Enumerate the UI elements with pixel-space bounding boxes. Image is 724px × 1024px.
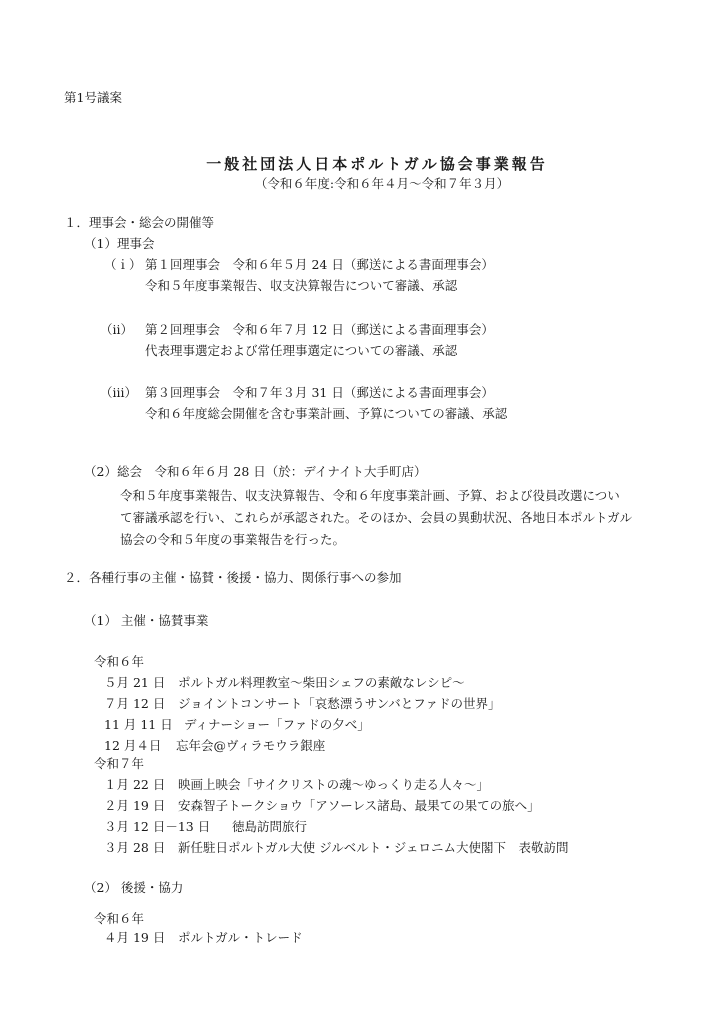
event-name: ディナーショー「ファドの夕べ」	[184, 715, 370, 733]
event-date: 11 月 11 日	[104, 715, 173, 733]
document-subtitle: （令和６年度:令和６年４月～令和７年３月）	[0, 174, 724, 192]
meeting-3-number: （iii）	[100, 383, 137, 401]
agenda-number: 第1号議案	[64, 88, 122, 106]
section1-heading: １．理事会・総会の開催等	[64, 213, 214, 231]
meeting-2-title: 第２回理事会 令和６年７月 12 日（郵送による書面理事会）	[145, 320, 494, 338]
event-date: ３月 12 日－13 日	[104, 817, 210, 835]
support-year-1: 令和６年	[94, 909, 144, 927]
event-name: 映画上映会「サイクリストの魂～ゆっくり走る人々～」	[178, 775, 489, 793]
event-name: ポルトガル・トレード	[178, 928, 303, 946]
event-name: 忘年会@ヴィラモウラ銀座	[176, 736, 325, 754]
event-name: 徳島訪問旅行	[232, 817, 307, 835]
document-title: 一般社団法人日本ポルトガル協会事業報告	[0, 153, 724, 174]
general-meeting-heading: （2）総会 令和６年６月 28 日（於：デイナイト大手町店）	[84, 462, 427, 480]
event-name: ジョイントコンサート「哀愁漂うサンバとファドの世界」	[178, 694, 501, 712]
event-date: ５月 21 日	[104, 673, 165, 691]
meeting-3-detail: 令和６年度総会開催を含む事業計画、予算についての審議、承認	[145, 404, 507, 422]
general-meeting-line-3: 協会の令和５年度の事業報告を行った。	[120, 530, 345, 548]
general-meeting-line-2: て審議承認を行い、これらが承認された。そのほか、会員の異動状況、各地日本ポルトガ…	[120, 508, 632, 526]
event-date: ３月 28 日	[104, 838, 165, 856]
meeting-1-title: 第１回理事会 令和６年５月 24 日（郵送による書面理事会）	[145, 255, 494, 273]
event-date: ２月 19 日	[104, 796, 165, 814]
hosted-year-2: 令和７年	[94, 754, 144, 772]
board-heading: （1）理事会	[84, 234, 154, 252]
event-name: 新任駐日ポルトガル大使 ジルベルト・ジェロニム大使閣下 表敬訪問	[178, 838, 569, 856]
hosted-events-heading: （1） 主催・協賛事業	[84, 611, 208, 629]
meeting-2-detail: 代表理事選定および常任理事選定についての審議、承認	[145, 341, 457, 359]
event-date: ７月 12 日	[104, 694, 165, 712]
event-date: ４月 19 日	[104, 928, 165, 946]
event-date: １月 22 日	[104, 775, 165, 793]
event-date: 12 月４日	[104, 736, 161, 754]
meeting-2-number: （ii）	[100, 320, 133, 338]
general-meeting-line-1: 令和５年度事業報告、収支決算報告、令和６年度事業計画、予算、および役員改選につい	[120, 486, 620, 504]
section2-heading: ２．各種行事の主催・協賛・後援・協力、関係行事への参加	[64, 568, 402, 586]
meeting-3-title: 第３回理事会 令和７年３月 31 日（郵送による書面理事会）	[145, 383, 494, 401]
event-name: ポルトガル料理教室～柴田シェフの素敵なレシピ～	[178, 673, 465, 691]
support-heading: （2） 後援・協力	[84, 878, 183, 896]
meeting-1-number: （ｉ）	[104, 255, 142, 273]
hosted-year-1: 令和６年	[94, 652, 144, 670]
event-name: 安森智子トークショウ「アソーレス諸島、最果ての果ての旅へ」	[178, 796, 540, 814]
meeting-1-detail: 令和５年度事業報告、収支決算報告について審議、承認	[145, 276, 457, 294]
